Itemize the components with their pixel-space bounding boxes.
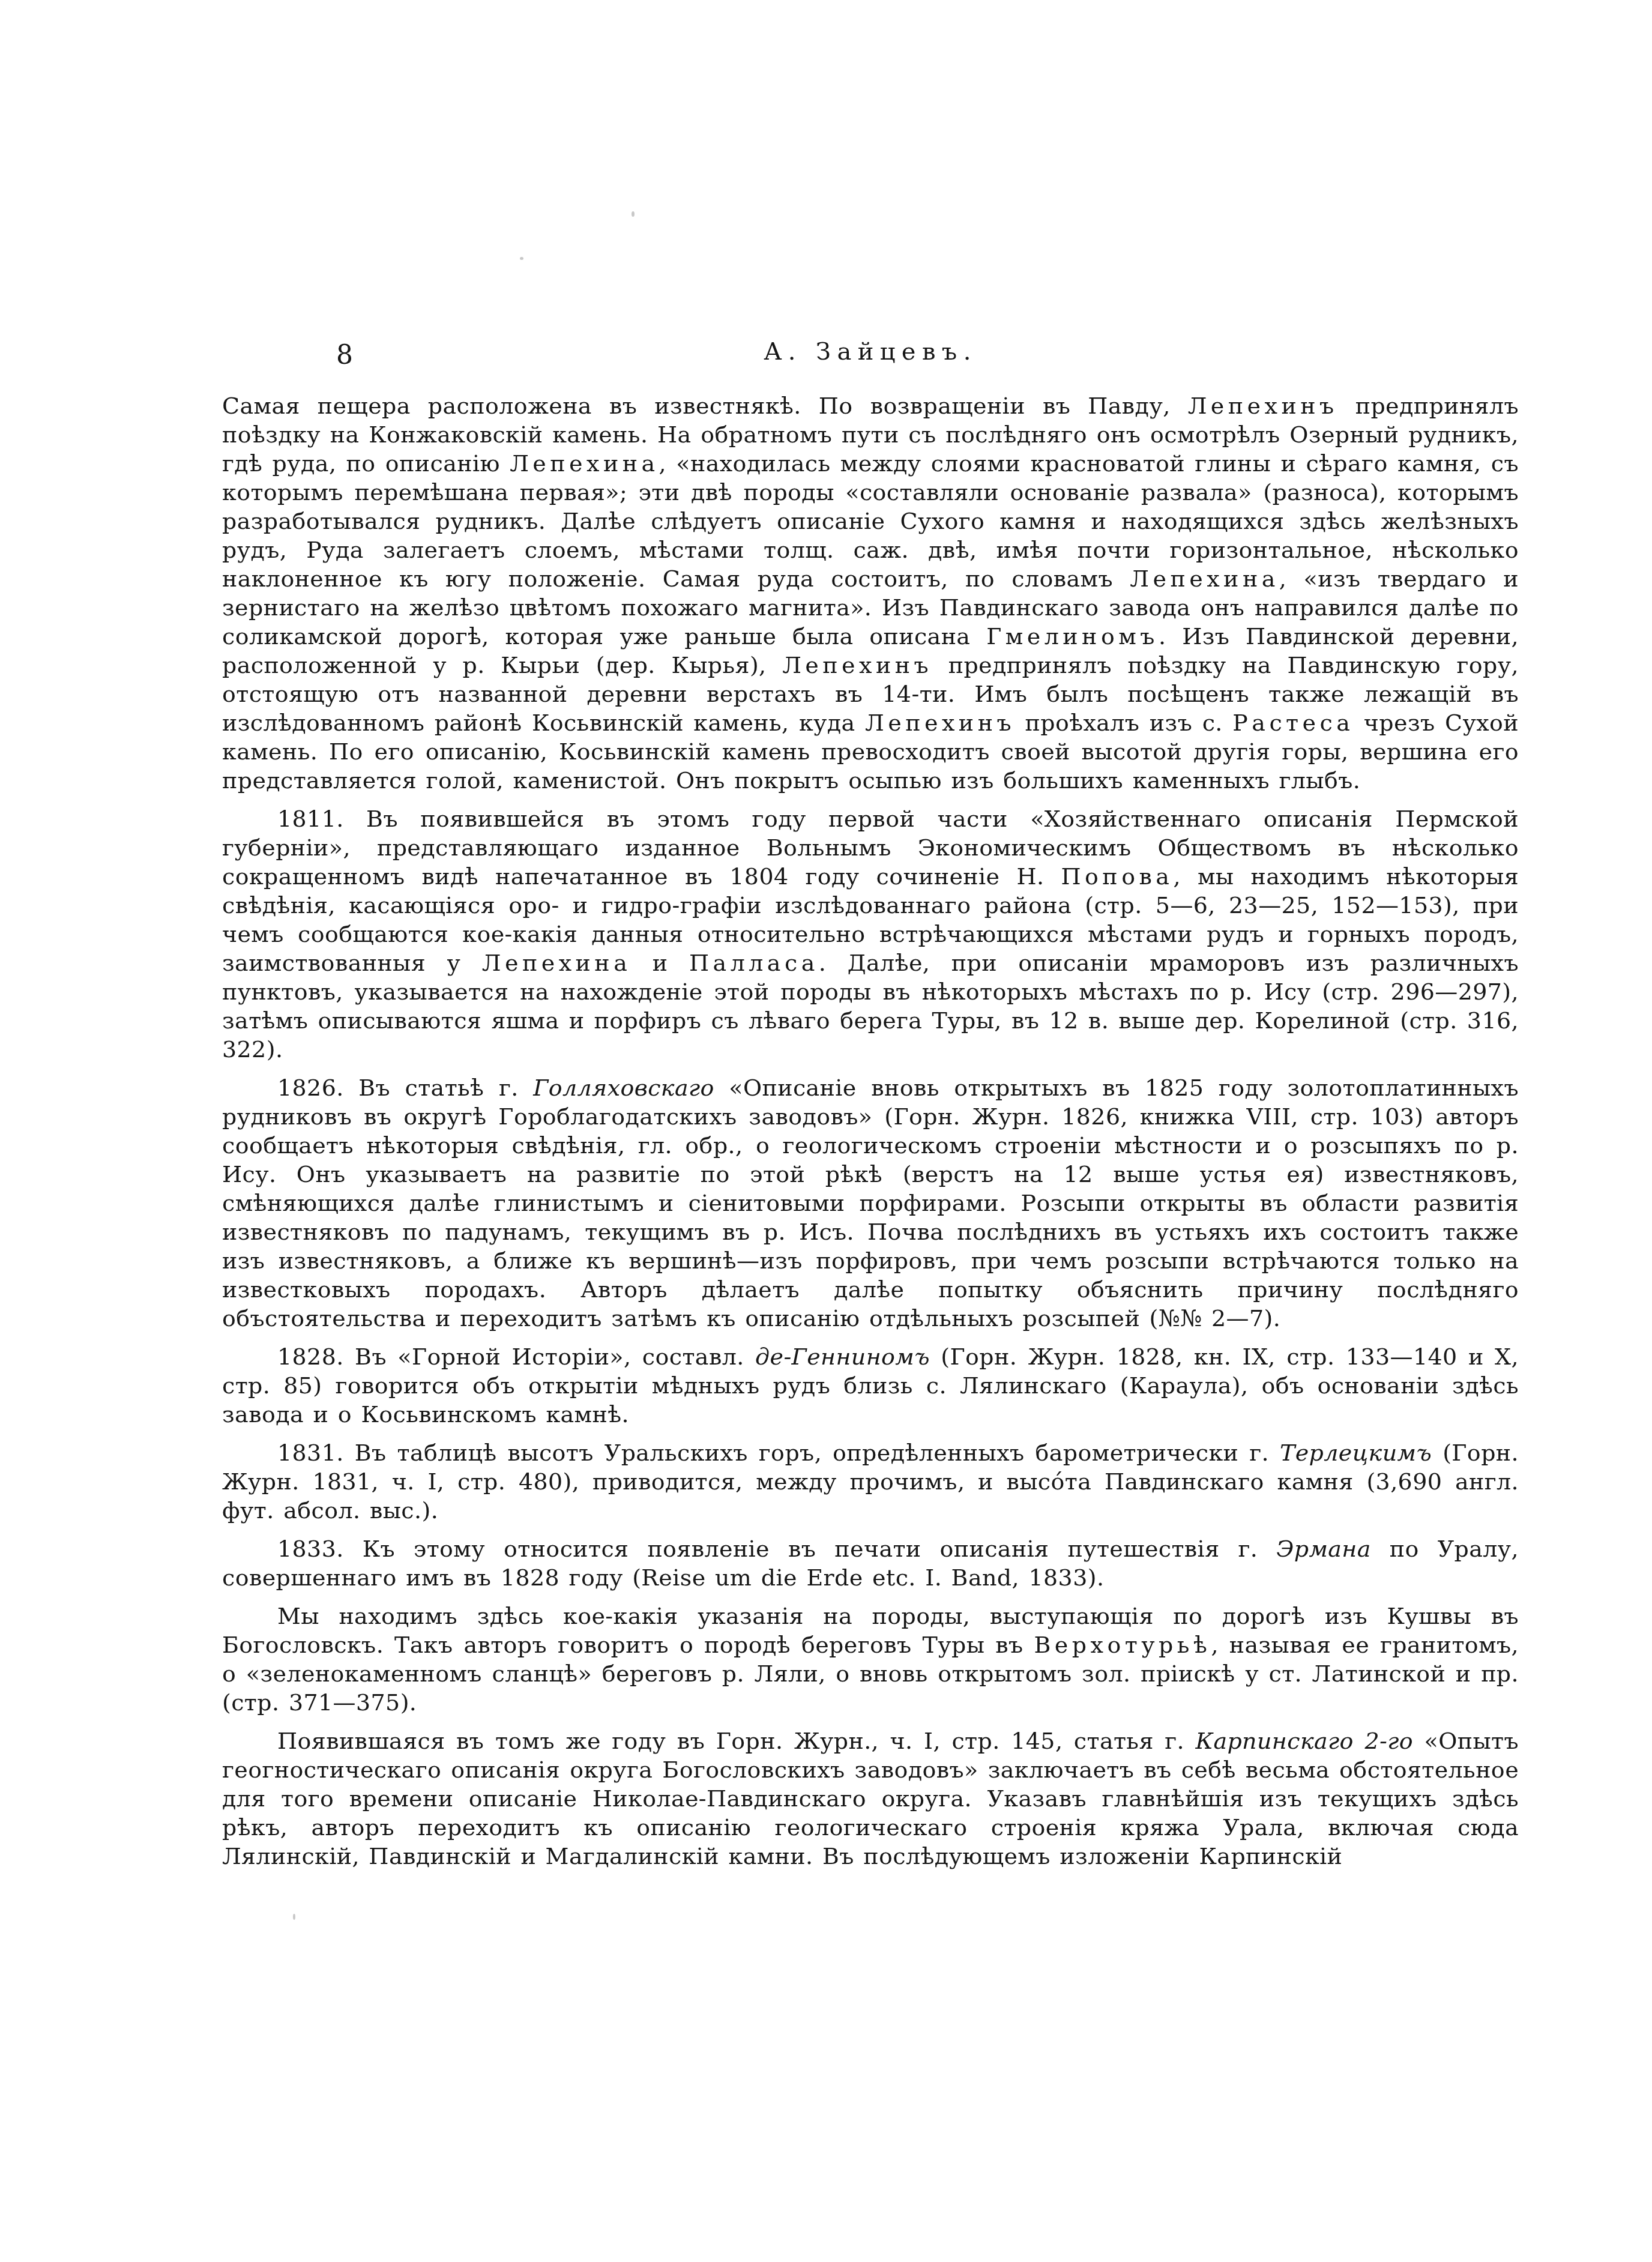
scan-speck [293, 1914, 295, 1920]
text-run: 1828. Въ «Горной Исторіи», составл. [277, 1344, 755, 1370]
italic-proper-name: Голляховскаго [533, 1075, 714, 1101]
paragraph: 1828. Въ «Горной Исторіи», составл. де-Г… [222, 1342, 1519, 1429]
letterspaced-proper-name: Лепехинъ [1188, 393, 1338, 419]
italic-proper-name: де-Генниномъ [755, 1344, 930, 1370]
italic-proper-name: Эрмана [1276, 1536, 1371, 1562]
text-run: 1826. Въ статьѣ г. [277, 1075, 533, 1101]
letterspaced-proper-name: Гмелиномъ [986, 623, 1159, 650]
text-run: 1833. Къ этому относится появленіе въ пе… [277, 1536, 1276, 1562]
letterspaced-proper-name: Растеса [1232, 710, 1354, 736]
text-run: Появившаяся въ томъ же году въ Горн. Жур… [277, 1728, 1196, 1754]
text-run: и [631, 950, 689, 976]
paragraph: 1831. Въ таблицѣ высотъ Уральскихъ горъ,… [222, 1438, 1519, 1525]
letterspaced-proper-name: Лепехинъ [782, 652, 932, 678]
paragraph: Мы находимъ здѣсь кое-какія указанія на … [222, 1602, 1519, 1717]
page-header: 8 А. Зайцевъ. [222, 334, 1519, 388]
letterspaced-proper-name: Лепехинъ [865, 710, 1015, 736]
text-block: Самая пещера расположена въ известнякѣ. … [222, 391, 1519, 1871]
text-run: Самая пещера расположена въ известнякѣ. … [222, 393, 1188, 419]
text-run: «Описаніе вновь открытыхъ въ 1825 году з… [222, 1075, 1519, 1332]
paragraph: Появившаяся въ томъ же году въ Горн. Жур… [222, 1727, 1519, 1871]
letterspaced-proper-name: Лепехина [482, 950, 631, 976]
text-run: 1831. Въ таблицѣ высотъ Уральскихъ горъ,… [277, 1440, 1280, 1466]
italic-proper-name: Карпинскаго 2-го [1196, 1728, 1413, 1754]
letterspaced-proper-name: Попова [1061, 863, 1173, 890]
running-title: А. Зайцевъ. [222, 340, 1519, 364]
text-run: проѣхалъ изъ с. [1015, 710, 1232, 736]
paragraph: Самая пещера расположена въ известнякѣ. … [222, 391, 1519, 795]
letterspaced-proper-name: Верхотурьѣ [1034, 1632, 1211, 1658]
italic-proper-name: Терлецкимъ [1280, 1440, 1432, 1466]
paragraph: 1833. Къ этому относится появленіе въ пе… [222, 1534, 1519, 1592]
scanned-page: 8 А. Зайцевъ. Самая пещера расположена в… [0, 0, 1652, 2262]
paragraph: 1826. Въ статьѣ г. Голляховскаго «Описан… [222, 1073, 1519, 1333]
letterspaced-proper-name: Лепехина [1130, 565, 1279, 592]
paragraph: 1811. Въ появившейся въ этомъ году перво… [222, 804, 1519, 1064]
letterspaced-proper-name: Лепехина [510, 450, 659, 477]
scan-speck [520, 257, 523, 260]
letterspaced-proper-name: Палласа [689, 950, 819, 976]
scan-speck [632, 211, 635, 217]
